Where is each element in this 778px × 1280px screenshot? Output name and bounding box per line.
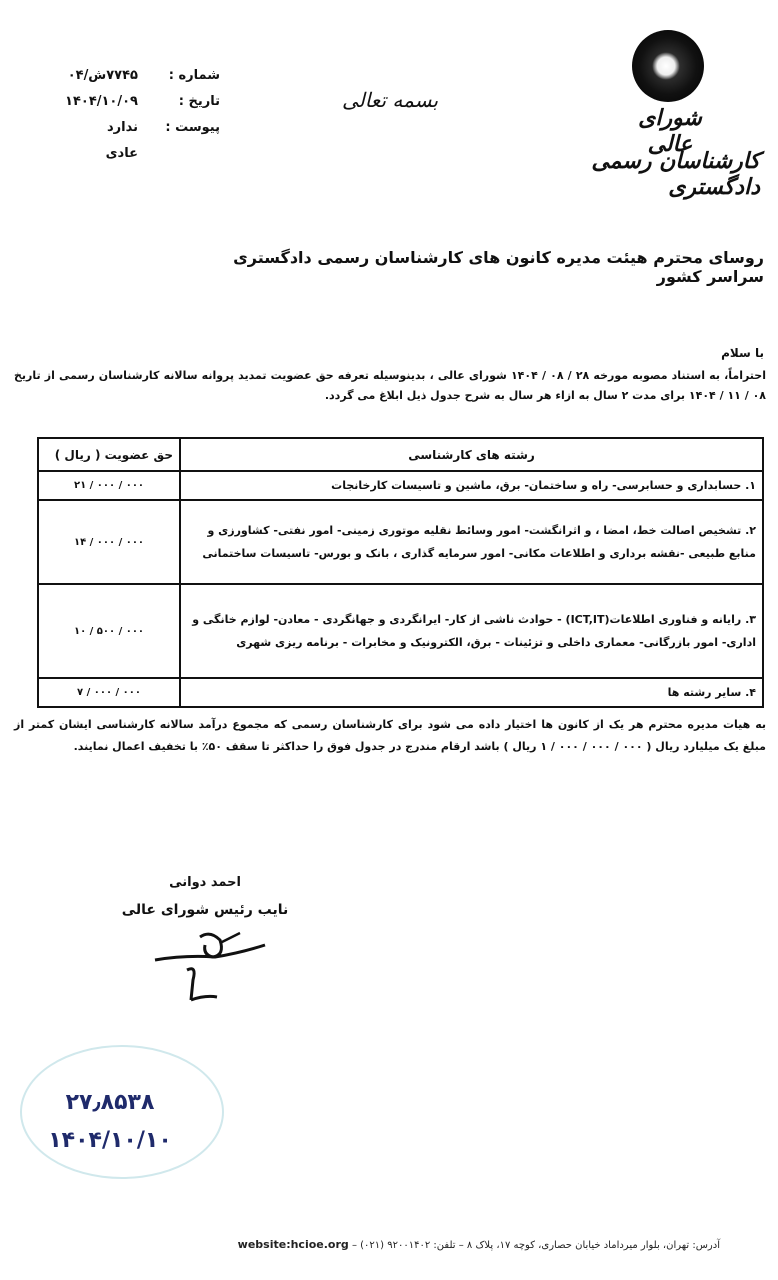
- letter-meta: شماره : ۷۷۴۵ش/۰۴ تاریخ : ۱۴۰۴/۱۰/۰۹ پیوس…: [40, 62, 220, 166]
- table-header-row: رشته های کارشناسی حق عضویت ( ریال ): [38, 438, 763, 471]
- fee-cell: ۱۰ / ۵۰۰ / ۰۰۰: [38, 584, 180, 678]
- stamp-date: ۱۴۰۴/۱۰/۱۰: [35, 1128, 185, 1153]
- number-value: ۷۷۴۵ش/۰۴: [40, 68, 150, 83]
- signer-title: نایب رئیس شورای عالی: [110, 902, 300, 918]
- footer: آدرس: تهران، بلوار میرداماد خیابان حصاری…: [100, 1238, 720, 1251]
- number-row: شماره : ۷۷۴۵ش/۰۴: [40, 62, 220, 88]
- priority-row: عادی: [40, 140, 220, 166]
- signer-name: احمد دوانی: [120, 875, 290, 890]
- fee-cell: ۲۱ / ۰۰۰ / ۰۰۰: [38, 471, 180, 500]
- field-cell: ۴. سایر رشته ها: [180, 678, 763, 707]
- field-cell: ۱. حسابداری و حسابرسی- راه و ساختمان- بر…: [180, 471, 763, 500]
- council-emblem-icon: [632, 30, 704, 102]
- column-header-fee: حق عضویت ( ریال ): [38, 438, 180, 471]
- table-row: ۲. تشخیص اصالت خط، امضا ، و اثرانگشت- ام…: [38, 500, 763, 584]
- table-row: ۱. حسابداری و حسابرسی- راه و ساختمان- بر…: [38, 471, 763, 500]
- attachment-label: پیوست :: [150, 120, 220, 135]
- sun-emblem-icon: [652, 52, 680, 80]
- greeting: با سلام: [500, 346, 764, 360]
- fee-cell: ۱۴ / ۰۰۰ / ۰۰۰: [38, 500, 180, 584]
- fee-table: رشته های کارشناسی حق عضویت ( ریال ) ۱. ح…: [37, 437, 764, 708]
- handwritten-signature-icon: [145, 925, 275, 1005]
- addressee-heading: روسای محترم هیئت مدیره کانون های کارشناس…: [230, 248, 764, 286]
- bismillah-heading: بسمه تعالی: [340, 88, 440, 112]
- field-cell: ۳. رایانه و فناوری اطلاعات(ICT,IT) - حوا…: [180, 584, 763, 678]
- footer-address: آدرس: تهران، بلوار میرداماد خیابان حصاری…: [352, 1240, 720, 1251]
- date-value: ۱۴۰۴/۱۰/۰۹: [40, 94, 150, 109]
- number-label: شماره :: [150, 68, 220, 83]
- table-row: ۴. سایر رشته ها ۷ / ۰۰۰ / ۰۰۰: [38, 678, 763, 707]
- footer-website-link[interactable]: website:hcioe.org: [238, 1238, 349, 1251]
- priority-value: عادی: [40, 146, 150, 161]
- field-cell: ۲. تشخیص اصالت خط، امضا ، و اثرانگشت- ام…: [180, 500, 763, 584]
- attachment-row: پیوست : ندارد: [40, 114, 220, 140]
- note-paragraph: به هیات مدیره محترم هر یک از کانون ها اخ…: [14, 714, 766, 758]
- logo-title-line2: کارشناسان رسمی دادگستری: [560, 148, 760, 200]
- stamp-registration-number: ۲۷٫۸۵۳۸: [35, 1090, 185, 1115]
- fee-cell: ۷ / ۰۰۰ / ۰۰۰: [38, 678, 180, 707]
- body-paragraph: احتراماً، به استناد مصوبه مورخه ۲۸ / ۰۸ …: [14, 366, 766, 406]
- table-row: ۳. رایانه و فناوری اطلاعات(ICT,IT) - حوا…: [38, 584, 763, 678]
- date-row: تاریخ : ۱۴۰۴/۱۰/۰۹: [40, 88, 220, 114]
- column-header-field: رشته های کارشناسی: [180, 438, 763, 471]
- date-label: تاریخ :: [150, 94, 220, 109]
- attachment-value: ندارد: [40, 120, 150, 135]
